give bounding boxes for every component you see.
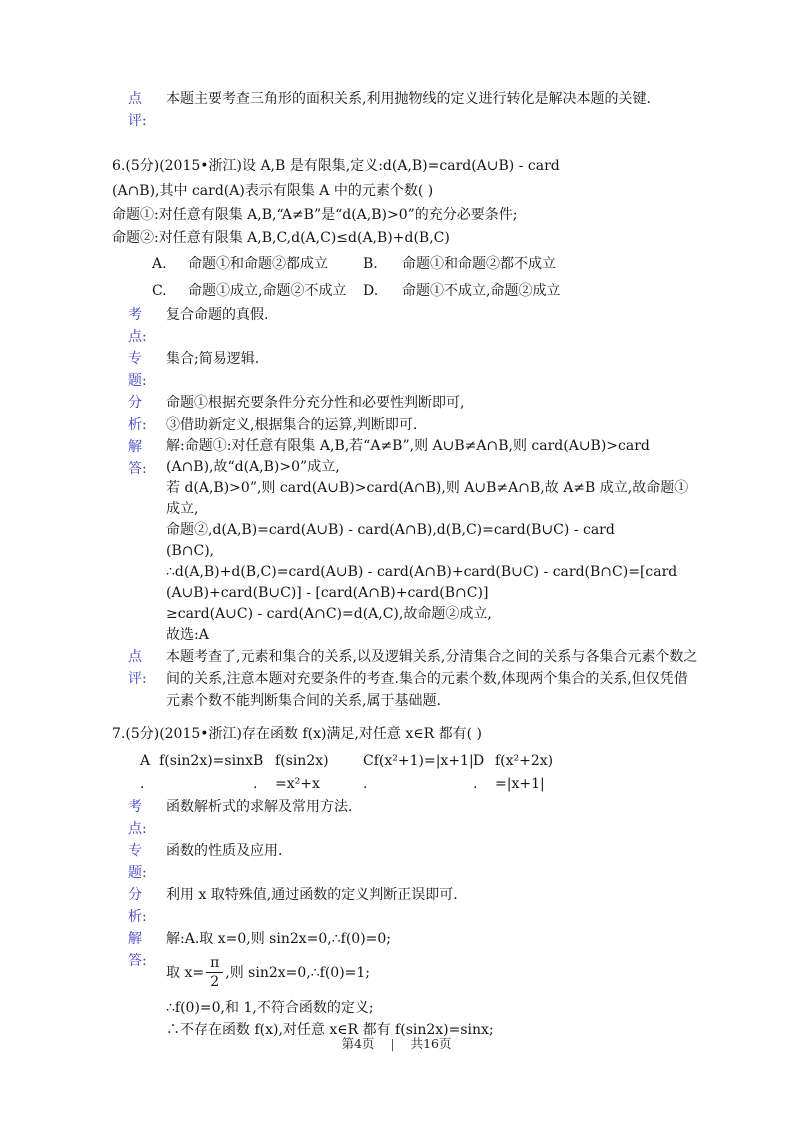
q6-dianping-body: 本题考查了,元素和集合的关系,以及逻辑关系,分清集合之间的关系与各集合元素个数之… [166, 646, 704, 712]
q6-option-d-text: 命题①不成立,命题②成立 [402, 279, 704, 304]
zhuanti-label: 专 题: [128, 348, 166, 392]
q6-jieda-line8: (A∪B)+card(B∪C)] - [card(A∩B)+card(B∩C)] [166, 583, 704, 603]
q6-options-row-1: A. 命题①和命题②都成立 B. 命题①和命题②都不成立 [110, 252, 704, 277]
q6-fenxi-body: 命题①根据充要条件分充分性和必要性判断即可, ③借助新定义,根据集合的运算,判断… [166, 392, 704, 436]
prev-question-comment-row: 点 评: 本题主要考查三角形的面积关系,利用抛物线的定义进行转化是解决本题的关键… [110, 88, 704, 132]
q7-option-d-formula: f(x²+2x) =|x+1| [495, 750, 553, 796]
jieda-label: 解 答: [128, 436, 166, 480]
q7-option-b: B . f(sin2x) =x²+x [253, 750, 363, 796]
q7-option-c-formula: f(x²+1)=|x+1| [374, 750, 474, 773]
q7-options-row: A . f(sin2x)=sinx B . f(sin2x) [110, 750, 704, 796]
q6-option-a-text: 命题①和命题②都成立 [188, 252, 363, 277]
q7-jieda-body: 解:A.取 x=0,则 sin2x=0,∴f(0)=0; 取 x= π 2 ,则… [166, 928, 704, 1041]
footer-total-pages: 共16页 [411, 1036, 452, 1051]
fenxi-label-line1: 分 [128, 392, 166, 414]
q7-zhuanti-body: 函数的性质及应用. [166, 840, 704, 884]
kaodian-label-line1: 考 [128, 304, 166, 326]
page-content: 点 评: 本题主要考查三角形的面积关系,利用抛物线的定义进行转化是解决本题的关键… [110, 88, 704, 1041]
q6-propositions: 命题①:对任意有限集 A,B,“A≠B”是“d(A,B)>0”的充分必要条件; … [110, 204, 704, 250]
prev-comment-body: 本题主要考查三角形的面积关系,利用抛物线的定义进行转化是解决本题的关键. [166, 88, 704, 132]
fraction-pi-over-2: π 2 [206, 954, 223, 991]
q6-stem: 6.(5分)(2015•浙江)设 A,B 是有限集,定义:d(A,B)=card… [110, 154, 704, 204]
q7-zhuanti-text: 函数的性质及应用. [166, 840, 704, 862]
q7-jieda-line3: ∴f(0)=0,和 1,不符合函数的定义; [166, 997, 704, 1019]
q7-kaodian-row: 考 点: 函数解析式的求解及常用方法. [110, 796, 704, 840]
q6-jieda-line3: 若 d(A,B)>0”,则 card(A∪B)>card(A∩B),则 A∪B≠… [166, 478, 704, 498]
jieda-label-line1: 解 [128, 436, 166, 458]
question-7-block: 7.(5分)(2015•浙江)存在函数 f(x)满足,对任意 x∈R 都有( )… [110, 722, 704, 1041]
q6-dianping-line3: 元素个数不能判断集合间的关系,属于基础题. [166, 690, 704, 712]
q6-option-c-text: 命题①成立,命题②不成立 [188, 279, 363, 304]
q6-kaodian-text: 复合命题的真假. [166, 304, 704, 326]
q6-jieda-line9: ≥card(A∪C) - card(A∩C)=d(A,C),故命题②成立, [166, 604, 704, 624]
footer-page-number: 第4页 [341, 1036, 374, 1051]
q7-option-a-formula: f(sin2x)=sinx [159, 750, 253, 773]
footer-separator: | [390, 1036, 394, 1051]
q7-option-c: C . f(x²+1)=|x+1| [363, 750, 473, 796]
q6-dianping-line1: 本题考查了,元素和集合的关系,以及逻辑关系,分清集合之间的关系与各集合元素个数之 [166, 646, 704, 668]
q6-option-c-letter: C. [152, 279, 188, 304]
q6-stem-line2: (A∩B),其中 card(A)表示有限集 A 中的元素个数( ) [112, 179, 704, 204]
q7-fenxi-text: 利用 x 取特殊值,通过函数的定义判断正误即可. [166, 884, 704, 906]
q6-fenxi-line2: ③借助新定义,根据集合的运算,判断即可. [166, 414, 704, 436]
dianping-label-line2: 评: [128, 668, 166, 690]
q7-option-d: D . f(x²+2x) =|x+1| [473, 750, 704, 796]
section-gap [110, 712, 704, 722]
q6-jieda-row: 解 答: 解:命题①:对任意有限集 A,B,若“A≠B”,则 A∪B≠A∩B,则… [110, 436, 704, 646]
q6-zhuanti-text: 集合;简易逻辑. [166, 348, 704, 370]
q7-fenxi-body: 利用 x 取特殊值,通过函数的定义判断正误即可. [166, 884, 704, 928]
q7-option-a: A . f(sin2x)=sinx [140, 750, 253, 796]
q6-jieda-line2: (A∩B),故“d(A,B)>0”成立, [166, 457, 704, 477]
q6-option-b-text: 命题①和命题②都不成立 [402, 252, 704, 277]
q6-option-a-letter: A. [152, 252, 188, 277]
q6-jieda-line7: ∴d(A,B)+d(B,C)=card(A∪B) - card(A∩B)+car… [166, 562, 704, 582]
kaodian-label: 考 点: [128, 304, 166, 348]
q7-option-b-letter: B . [253, 750, 275, 796]
fenxi-label: 分 析: [128, 392, 166, 436]
q6-option-d-letter: D. [363, 279, 402, 304]
q7-option-d-letter: D . [473, 750, 495, 796]
jieda-label-line2: 答: [128, 458, 166, 480]
zhuanti-label-line2: 题: [128, 370, 166, 392]
q6-jieda-body: 解:命题①:对任意有限集 A,B,若“A≠B”,则 A∪B≠A∩B,则 card… [166, 436, 704, 646]
q7-kaodian-body: 函数解析式的求解及常用方法. [166, 796, 704, 840]
q6-kaodian-body: 复合命题的真假. [166, 304, 704, 348]
q6-fenxi-line1: 命题①根据充要条件分充分性和必要性判断即可, [166, 392, 704, 414]
zhuanti-label: 专 题: [128, 840, 166, 884]
q6-zhuanti-body: 集合;简易逻辑. [166, 348, 704, 392]
q7-kaodian-text: 函数解析式的求解及常用方法. [166, 796, 704, 818]
q6-options-row-2: C. 命题①成立,命题②不成立 D. 命题①不成立,命题②成立 [110, 279, 704, 304]
fraction-numerator: π [206, 954, 223, 973]
question-6-block: 6.(5分)(2015•浙江)设 A,B 是有限集,定义:d(A,B)=card… [110, 154, 704, 712]
q6-jieda-line1: 解:命题①:对任意有限集 A,B,若“A≠B”,则 A∪B≠A∩B,则 card… [166, 436, 704, 456]
kaodian-label-line2: 点: [128, 326, 166, 348]
q7-option-c-letter: C . [363, 750, 374, 796]
page-footer: 第4页 | 共16页 [0, 1034, 793, 1052]
prev-comment-text: 本题主要考查三角形的面积关系,利用抛物线的定义进行转化是解决本题的关键. [166, 88, 704, 110]
comment-label-line2: 评: [128, 110, 166, 132]
jieda-label: 解 答: [128, 928, 166, 972]
q6-jieda-line10: 故选:A [166, 625, 704, 645]
q6-jieda-line6: (B∩C), [166, 541, 704, 561]
dianping-label-line1: 点 [128, 646, 166, 668]
q6-option-b-letter: B. [363, 252, 402, 277]
q6-dianping-line2: 间的关系,注意本题对充要条件的考查.集合的元素个数,体现两个集合的关系,但仅凭借 [166, 668, 704, 690]
fraction-denominator: 2 [206, 973, 223, 991]
comment-label: 点 评: [128, 88, 166, 132]
q7-jieda-line1: 解:A.取 x=0,则 sin2x=0,∴f(0)=0; [166, 928, 704, 950]
q7-jieda-row: 解 答: 解:A.取 x=0,则 sin2x=0,∴f(0)=0; 取 x= π… [110, 928, 704, 1041]
q7-jieda-fraction-line: 取 x= π 2 ,则 sin2x=0,∴f(0)=1; [166, 954, 704, 991]
q6-fenxi-row: 分 析: 命题①根据充要条件分充分性和必要性判断即可, ③借助新定义,根据集合的… [110, 392, 704, 436]
q6-stem-line1: 6.(5分)(2015•浙江)设 A,B 是有限集,定义:d(A,B)=card… [112, 154, 704, 179]
q7-frac-post: ,则 sin2x=0,∴f(0)=1; [225, 963, 370, 983]
q7-option-b-formula: f(sin2x) =x²+x [275, 750, 329, 796]
document-page: 点 评: 本题主要考查三角形的面积关系,利用抛物线的定义进行转化是解决本题的关键… [0, 0, 793, 1122]
q7-stem: 7.(5分)(2015•浙江)存在函数 f(x)满足,对任意 x∈R 都有( ) [110, 722, 704, 747]
comment-label-line1: 点 [128, 88, 166, 110]
q7-option-a-letter: A . [140, 750, 159, 796]
q7-frac-pre: 取 x= [166, 963, 204, 983]
dianping-label: 点 评: [128, 646, 166, 690]
fenxi-label: 分 析: [128, 884, 166, 928]
zhuanti-label-line1: 专 [128, 348, 166, 370]
q6-jieda-line5: 命题②,d(A,B)=card(A∪B) - card(A∩B),d(B,C)=… [166, 520, 704, 540]
kaodian-label: 考 点: [128, 796, 166, 840]
q7-fenxi-row: 分 析: 利用 x 取特殊值,通过函数的定义判断正误即可. [110, 884, 704, 928]
q6-jieda-line4: 成立, [166, 499, 704, 519]
q6-proposition-2: 命题②:对任意有限集 A,B,C,d(A,C)≤d(A,B)+d(B,C) [112, 227, 704, 250]
q6-zhuanti-row: 专 题: 集合;简易逻辑. [110, 348, 704, 392]
q6-dianping-row: 点 评: 本题考查了,元素和集合的关系,以及逻辑关系,分清集合之间的关系与各集合… [110, 646, 704, 712]
fenxi-label-line2: 析: [128, 414, 166, 436]
q6-kaodian-row: 考 点: 复合命题的真假. [110, 304, 704, 348]
q6-proposition-1: 命题①:对任意有限集 A,B,“A≠B”是“d(A,B)>0”的充分必要条件; [112, 204, 704, 227]
q7-zhuanti-row: 专 题: 函数的性质及应用. [110, 840, 704, 884]
